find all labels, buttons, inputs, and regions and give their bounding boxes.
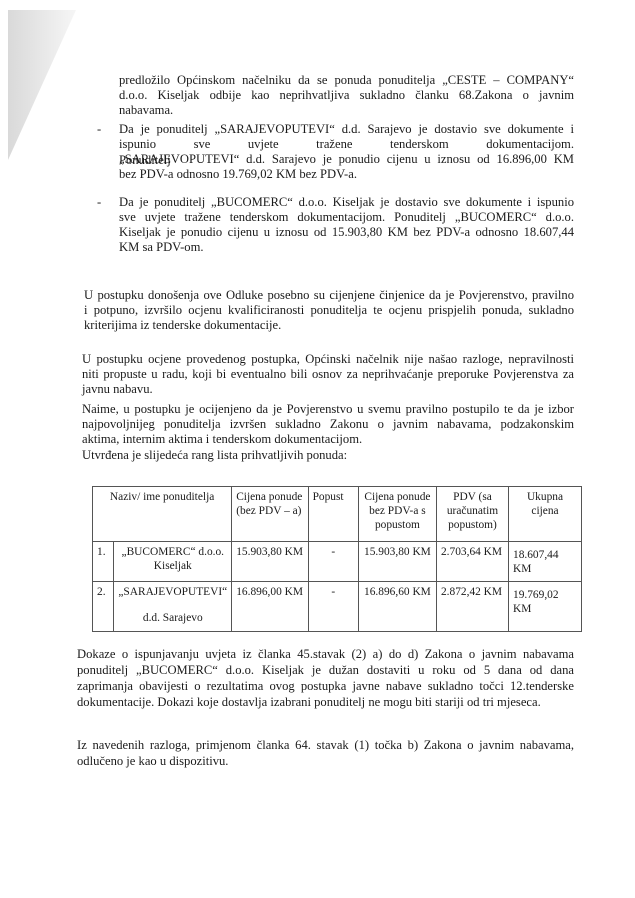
bidder-name-line2: d.d. Sarajevo	[118, 611, 227, 625]
paragraph-line: kriterijima iz tenderske dokumentacije.	[84, 318, 281, 334]
price-discounted: 16.896,60 KM	[358, 582, 436, 632]
header-price-discounted: Cijena ponude bez PDV-a s popustom	[358, 487, 436, 542]
paragraph-line: Dokaze o ispunjavanju uvjeta iz članka 4…	[77, 647, 574, 663]
paragraph-line: zaprimanja obavijesti o rezultatima ovog…	[77, 679, 574, 695]
paragraph-line: Iz navedenih razloga, primjenom članka 6…	[77, 738, 574, 754]
vat: 2.703,64 KM	[436, 542, 508, 582]
header-discount: Popust	[308, 487, 358, 542]
bidder-name: „BUCOMERC“ d.o.o. Kiseljak	[114, 542, 232, 582]
bullet-line: „SARAJEVOPUTEVI“ d.d. Sarajevo je ponudi…	[119, 152, 574, 168]
intro-line: predložilo Općinskom načelniku da se pon…	[119, 73, 574, 89]
price: 16.896,00 KM	[232, 582, 308, 632]
paragraph-line: najpovoljnijeg ponuditelja izvršen sukla…	[82, 417, 574, 433]
table-row: 2. „SARAJEVOPUTEVI“ d.d. Sarajevo 16.896…	[93, 582, 582, 632]
paragraph-line: javnu nabavu.	[82, 382, 153, 398]
rank: 1.	[93, 542, 114, 582]
bullet-line: Da je ponuditelj „BUCOMERC“ d.o.o. Kisel…	[119, 195, 574, 211]
paragraph-line: i potpuno, izvršilo ocjenu kvalificirano…	[84, 303, 574, 319]
paragraph-line: niti propuste u radu, koji bi eventualno…	[82, 367, 574, 383]
bidder-name-line1: „SARAJEVOPUTEVI“	[118, 585, 227, 599]
paragraph-line: Naime, u postupku je ocijenjeno da je Po…	[82, 402, 574, 418]
price: 15.903,80 KM	[232, 542, 308, 582]
bullet-marker: -	[97, 195, 101, 210]
scan-fold-shadow	[0, 0, 80, 170]
total: 18.607,44 KM	[509, 542, 582, 582]
header-price: Cijena ponude (bez PDV – a)	[232, 487, 308, 542]
bidder-name: „SARAJEVOPUTEVI“ d.d. Sarajevo	[114, 582, 232, 632]
paragraph-line: odlučeno je kao u dispozitivu.	[77, 754, 228, 770]
bullet-line: sve uvjete tražene tenderskom dokumentac…	[119, 210, 574, 226]
intro-line: d.o.o. Kiseljak odbije kao neprihvatljiv…	[119, 88, 574, 104]
bullet-line: Da je ponuditelj „SARAJEVOPUTEVI“ d.d. S…	[119, 122, 574, 138]
discount: -	[308, 542, 358, 582]
bidder-name-line2: Kiseljak	[118, 559, 227, 573]
paragraph-line: ponuditelj „BUCOMERC“ d.o.o. Kiseljak je…	[77, 663, 574, 679]
discount: -	[308, 582, 358, 632]
paragraph-line: dokumentacije. Dokazi koje dostavlja iza…	[77, 695, 541, 711]
bullet-marker: -	[97, 122, 101, 137]
ranking-table: Naziv/ ime ponuditelja Cijena ponude (be…	[92, 486, 582, 632]
intro-line: nabavama.	[119, 103, 173, 119]
paragraph-line: U postupku ocjene provedenog postupka, O…	[82, 352, 574, 368]
vat: 2.872,42 KM	[436, 582, 508, 632]
table-header-row: Naziv/ ime ponuditelja Cijena ponude (be…	[93, 487, 582, 542]
total: 19.769,02 KM	[509, 582, 582, 632]
header-total: Ukupna cijena	[509, 487, 582, 542]
bullet-line: KM sa PDV-om.	[119, 240, 204, 256]
bullet-line: Kiseljak je ponudio cijenu u iznosu od 1…	[119, 225, 574, 241]
table-row: 1. „BUCOMERC“ d.o.o. Kiseljak 15.903,80 …	[93, 542, 582, 582]
table-intro: Utvrđena je slijedeća rang lista prihvat…	[82, 448, 347, 464]
header-name: Naziv/ ime ponuditelja	[93, 487, 232, 542]
paragraph-line: aktima, internim aktima i tenderskom dok…	[82, 432, 362, 448]
bidder-name-line1: „BUCOMERC“ d.o.o.	[118, 545, 227, 559]
header-vat: PDV (sa uračunatim popustom)	[436, 487, 508, 542]
price-discounted: 15.903,80 KM	[358, 542, 436, 582]
paragraph-line: U postupku donošenja ove Odluke posebno …	[84, 288, 574, 304]
bullet-line: bez PDV-a odnosno 19.769,02 KM bez PDV-a…	[119, 167, 357, 183]
rank: 2.	[93, 582, 114, 632]
